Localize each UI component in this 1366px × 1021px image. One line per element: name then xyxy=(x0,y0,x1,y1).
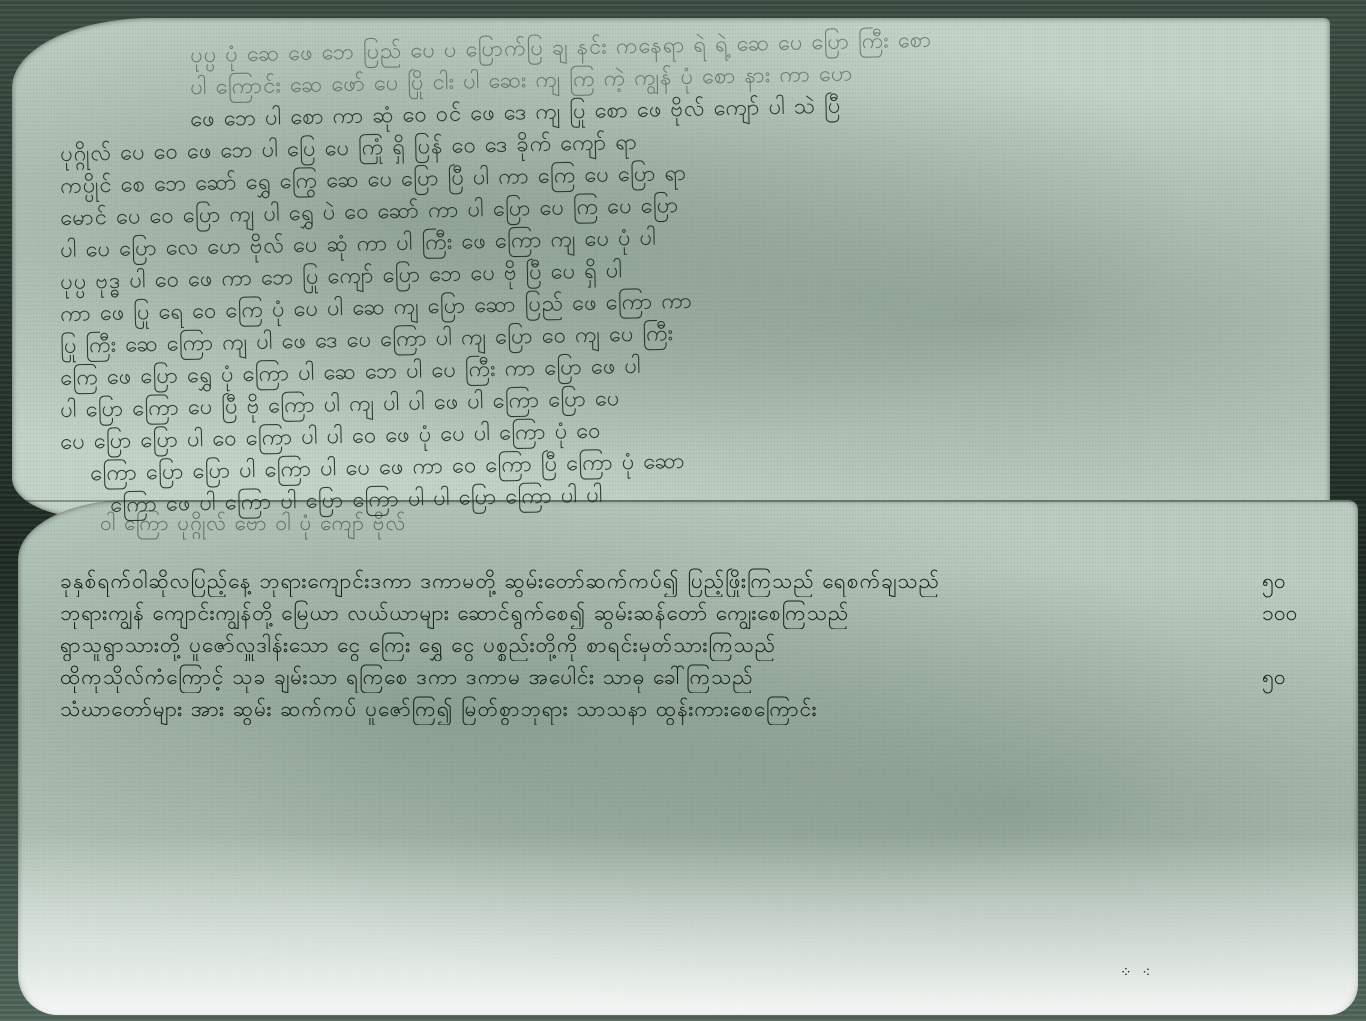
margin-number: ၁၀၀ xyxy=(1262,597,1342,629)
margin-number: ၅၀ xyxy=(1262,661,1342,693)
margin-number: ၅၀ xyxy=(1262,565,1342,597)
ink-specks: ⁘ ⁖ xyxy=(1120,965,1153,981)
text-line: ဘုရားကျွန် ကျောင်းကျွန်တို့ မြေယာ လယ်ယာမ… xyxy=(60,597,1200,629)
margin-number xyxy=(1262,629,1342,661)
text-line: ခုနှစ်ရက်ဝါဆိုလပြည့်နေ့ ဘုရားကျောင်းဒကာ … xyxy=(60,565,1200,597)
text-line: ထိုကုသိုလ်ကံကြောင့် သုခ ချမ်းသာ ရကြစေ ဒက… xyxy=(60,661,1200,693)
text-line: သံဃာတော်များ အား ဆွမ်း ဆက်ကပ် ပူဇော်ကြ၍ … xyxy=(60,693,1200,725)
margin-numbers: ၅၀ ၁၀၀ ၅၀ xyxy=(1262,565,1342,693)
manuscript-photo: ပုပ္ပ ပုံ ဆေ ဖေ ဘေ ပြည် ပေ ပ ပြောက်ပြ ချ… xyxy=(0,0,1366,1021)
seam-faint-text: ဝါ ကြော ပုဂ္ဂိုလ် ဗော ဝါ ပုံ ကျော် ဗိုလ် xyxy=(100,510,406,541)
bottom-panel-text: ခုနှစ်ရက်ဝါဆိုလပြည့်နေ့ ဘုရားကျောင်းဒကာ … xyxy=(60,565,1200,725)
top-panel-text: ပုပ္ပ ပုံ ဆေ ဖေ ဘေ ပြည် ပေ ပ ပြောက်ပြ ချ… xyxy=(30,30,1330,510)
text-line: ရွာသူရွာသားတို့ ပူဇော်လှူဒါန်းသော ငွေ ကြ… xyxy=(60,629,1200,661)
